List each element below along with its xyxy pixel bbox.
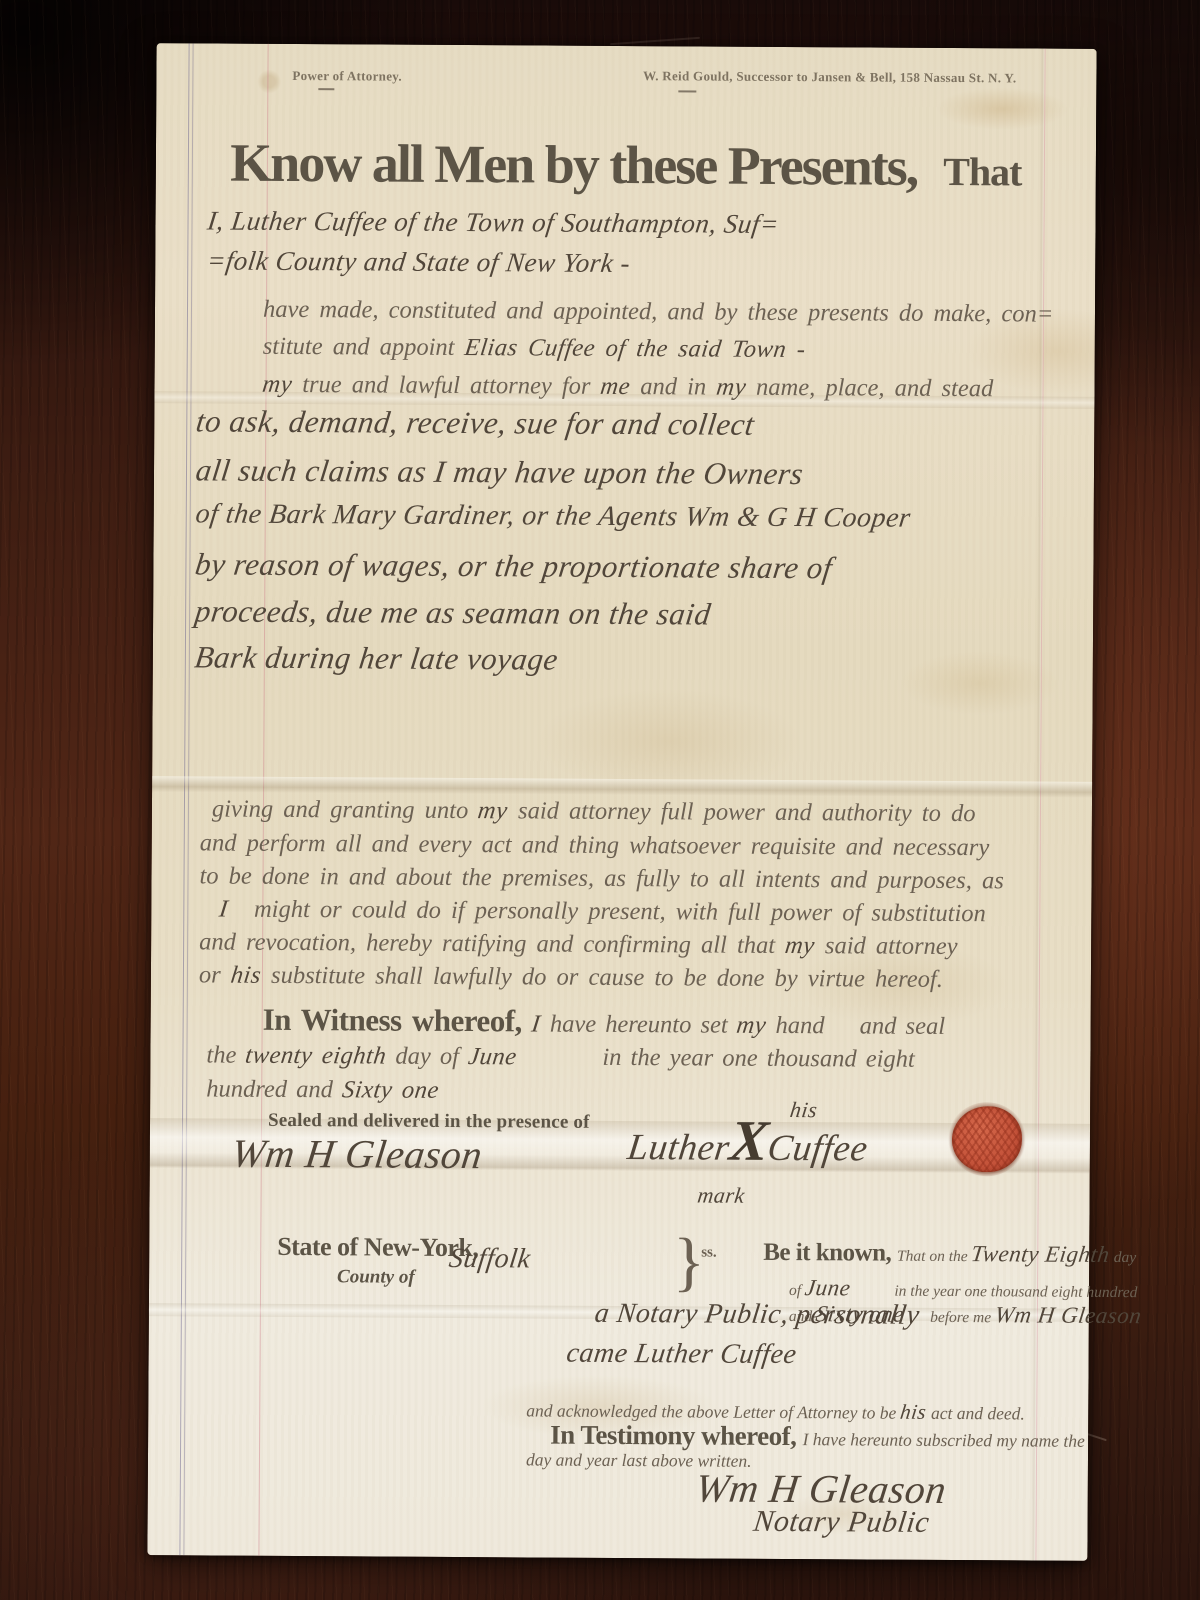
text-run: I — [218, 896, 230, 924]
power-of-attorney-document: Power of Attorney. W. Reid Gould, Succes… — [147, 43, 1096, 1561]
text-run: or — [199, 961, 231, 988]
mark-label: mark — [698, 1182, 745, 1208]
text-run: hand — [766, 1012, 833, 1039]
text-run: name, place, and stead — [746, 374, 994, 403]
handwriting: his — [788, 1097, 819, 1123]
text-run: the — [206, 1041, 245, 1068]
handwriting: a Notary Public, personally — [593, 1298, 922, 1332]
appointment-line-3: my true and lawful attorney for me and i… — [262, 371, 993, 403]
handwriting: of the Bark Mary Gardiner, or the Agents… — [194, 498, 913, 534]
be-it-known-line-1: Be it known, That on the Twenty Eighth d… — [763, 1239, 1136, 1269]
handwriting: all such claims as I may have upon the O… — [194, 452, 806, 492]
handwriting: I, Luther Cuffee of the Town of Southamp… — [206, 205, 781, 239]
text-run: That on the — [897, 1248, 972, 1265]
claims-line-5: proceeds, due me as seaman on the said — [195, 593, 711, 632]
granting-line-3: to be done in and about the premises, as… — [199, 862, 1003, 895]
handwriting: Notary Public — [751, 1505, 931, 1540]
text-run: might or could do if personally present,… — [254, 896, 986, 927]
handwriting: by reason of wages, or the proportionate… — [193, 546, 834, 586]
claims-line-3: of the Bark Mary Gardiner, or the Agents… — [196, 498, 911, 534]
text-run: true and lawful attorney for — [292, 371, 601, 400]
handwriting: came Luther Cuffee — [565, 1338, 799, 1371]
header-rule — [318, 88, 334, 90]
ss-abbreviation: ss. — [701, 1244, 717, 1261]
handwriting: mark — [696, 1182, 747, 1208]
county-handwritten: Suffolk — [449, 1243, 530, 1275]
fold-crease — [152, 776, 1092, 798]
witness-signature: Wm H Gleason — [232, 1130, 483, 1179]
printer-imprint: W. Reid Gould, Successor to Jansen & Bel… — [643, 68, 1016, 86]
granting-line-4: I might or could do if personally presen… — [219, 896, 986, 929]
notary-public-handwritten-line: a Notary Public, personally — [595, 1298, 920, 1332]
his-label: his — [790, 1097, 817, 1123]
red-wax-seal-icon — [952, 1106, 1022, 1172]
text-run: in the year one thousand eight — [602, 1044, 915, 1073]
text-run: and in — [630, 373, 716, 401]
text-run: Luther — [625, 1126, 732, 1170]
claims-line-2: all such claims as I may have upon the O… — [196, 452, 803, 492]
text-run: to be done in and about the premises, as… — [199, 862, 1003, 894]
handwriting: proceeds, due me as seaman on the said — [193, 593, 713, 632]
witness-clause-line-3: hundred and Sixty one — [206, 1075, 439, 1104]
header-rule — [678, 90, 696, 92]
appointment-line-2: stitute and appoint Elias Cuffee of the … — [263, 333, 806, 364]
principal-signature: Luther X Cuffee — [628, 1124, 868, 1170]
text-run: of — [789, 1282, 805, 1299]
granting-line-5: and revocation, hereby ratifying and con… — [199, 928, 958, 961]
brace-glyph: } — [673, 1224, 705, 1300]
text-run: substitute shall lawfully do or cause to… — [261, 962, 943, 993]
vertical-fold-crease — [1031, 49, 1046, 1561]
text-run: said attorney — [815, 932, 958, 960]
text-run: have hereunto set — [541, 1011, 737, 1039]
witness-clause-line-2: the twenty eighth day of June in the yea… — [206, 1041, 914, 1073]
text-run: stitute and appoint — [263, 333, 465, 361]
text-run: and seal — [860, 1012, 946, 1040]
text-run: act and deed. — [927, 1403, 1025, 1424]
text-run: my — [735, 1012, 768, 1040]
handwriting: Wm H Gleason — [229, 1130, 485, 1178]
text-run: June — [466, 1043, 518, 1071]
text-run: X — [728, 1125, 769, 1160]
text-run: That — [943, 149, 1022, 194]
came-principal-handwritten-line: came Luther Cuffee — [567, 1338, 797, 1371]
text-run: June — [803, 1275, 852, 1301]
text-run: In Witness whereof, — [263, 1002, 533, 1039]
text-run: twenty eighth — [244, 1042, 388, 1071]
photo-of-document: { "colors":{"wood":"#4a2217","paper":"#e… — [0, 0, 1200, 1600]
text-run: my — [783, 932, 816, 960]
claims-line-1: to ask, demand, receive, sue for and col… — [196, 403, 754, 442]
text-run: his — [229, 962, 263, 990]
county-of-label: County of — [337, 1266, 415, 1288]
text-run: and revocation, hereby ratifying and con… — [199, 928, 785, 959]
claims-line-4: by reason of wages, or the proportionate… — [195, 546, 832, 586]
text-run: In Testimony whereof, — [550, 1420, 803, 1452]
text-run: Twenty Eighth — [970, 1241, 1112, 1268]
text-run: Be it known, — [763, 1239, 897, 1267]
granting-line-6: or his substitute shall lawfully do or c… — [199, 961, 943, 994]
witness-clause-line-1: In Witness whereof, I have hereunto set … — [263, 1002, 946, 1042]
handwriting: =folk County and State of New York - — [205, 245, 632, 279]
testimony-line: In Testimony whereof, I have hereunto su… — [550, 1420, 1085, 1454]
text-run — [516, 1064, 602, 1065]
text-run: Wm H Gleason — [993, 1302, 1143, 1329]
handwriting: to ask, demand, receive, sue for and col… — [194, 403, 757, 442]
handwriting: Bark during her late voyage — [193, 639, 561, 677]
text-run: my — [715, 374, 748, 402]
text-run: giving and granting unto — [212, 795, 479, 824]
granting-line-2: and perform all and every act and thing … — [200, 829, 990, 862]
text-run: day of — [386, 1043, 468, 1070]
text-run: in the year one thousand eight hundred — [894, 1283, 1137, 1301]
text-run: said attorney full power and authority t… — [508, 797, 976, 827]
left-margin-double-rule — [179, 43, 193, 1555]
text-run: have made, constituted and appointed, an… — [263, 296, 1054, 328]
granting-line-1: giving and granting unto my said attorne… — [212, 795, 976, 828]
document-title: Know all Men by these Presents, That — [156, 131, 1096, 199]
text-run: day — [1110, 1249, 1136, 1266]
claims-line-6: Bark during her late voyage — [195, 639, 558, 677]
text-run: and perform all and every act and thing … — [200, 829, 990, 861]
principal-residence-line: =folk County and State of New York - — [207, 245, 630, 279]
form-title-label: Power of Attorney. — [292, 68, 402, 85]
text-run: Know all Men by these Presents, — [230, 133, 917, 197]
appointment-line-1: have made, constituted and appointed, an… — [263, 296, 1054, 329]
text-run: I have hereunto subscribed my name the — [803, 1429, 1085, 1451]
notary-title-handwritten: Notary Public — [754, 1505, 930, 1540]
text-run: Cuffee — [765, 1127, 870, 1171]
text-run: my — [261, 371, 294, 399]
text-run: Sixty one — [340, 1076, 440, 1105]
text-run: Elias Cuffee of the said Town - — [463, 334, 807, 364]
text-run: me — [599, 373, 632, 401]
text-run: hundred and — [206, 1075, 342, 1103]
principal-name-line: I, Luther Cuffee of the Town of Southamp… — [207, 205, 778, 239]
handwriting: Suffolk — [447, 1243, 532, 1275]
text-run: my — [477, 797, 510, 825]
text-run: before me — [930, 1309, 995, 1326]
